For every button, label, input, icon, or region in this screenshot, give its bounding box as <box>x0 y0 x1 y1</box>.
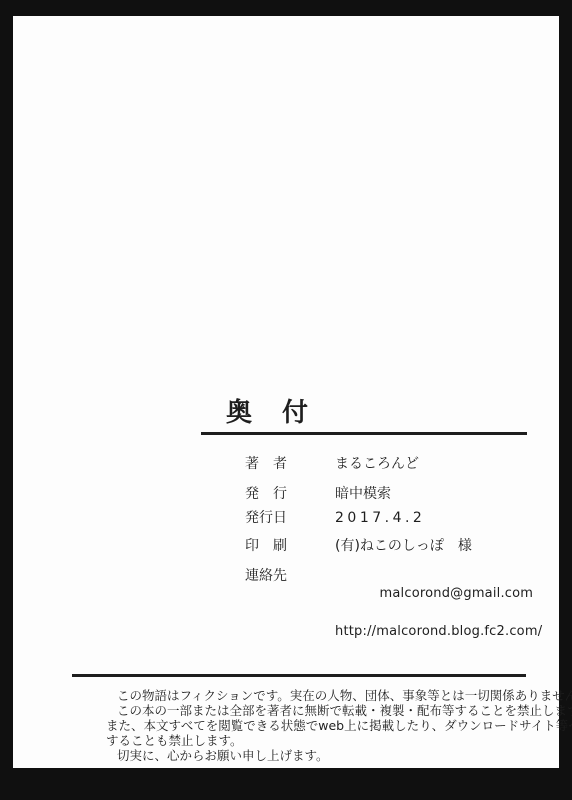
contact-url: http://malcorond.blog.fc2.com/ <box>335 623 542 640</box>
disclaimer-text: この物語はフィクションです。実在の人物、団体、事象等とは一切関係ありません。 こ… <box>106 688 538 763</box>
disclaimer-line: 切実に、心からお願い申し上げます。 <box>106 748 538 763</box>
author-label: 著 者 <box>245 456 335 473</box>
printer-value: (有)ねこのしっぽ 様 <box>335 538 472 555</box>
disclaimer-line: また、本文すべてを閲覧できる状態でweb上に掲載したり、ダウンロードサイト等へア… <box>106 718 538 733</box>
scan-frame: 奥 付 著 者 まるころんど 発 行 暗中模索 発行日 2017.4.2 印 刷… <box>0 0 572 800</box>
author-value: まるころんど <box>335 456 419 473</box>
contact-label: 連絡先 <box>245 568 335 585</box>
field-row-publisher: 発 行 暗中模索 <box>245 486 535 503</box>
colophon-page: 奥 付 著 者 まるころんど 発 行 暗中模索 発行日 2017.4.2 印 刷… <box>13 16 559 768</box>
publication-date-label: 発行日 <box>245 510 335 527</box>
disclaimer-line: この物語はフィクションです。実在の人物、団体、事象等とは一切関係ありません。 <box>106 688 538 703</box>
title-underline <box>201 432 527 435</box>
publication-date-value: 2017.4.2 <box>335 510 425 527</box>
publisher-value: 暗中模索 <box>335 486 391 503</box>
colophon-fields: 著 者 まるころんど 発 行 暗中模索 発行日 2017.4.2 印 刷 (有)… <box>245 456 535 674</box>
disclaimer-line: することも禁止します。 <box>106 733 538 748</box>
field-row-printer: 印 刷 (有)ねこのしっぽ 様 <box>245 538 535 555</box>
contact-value: malcorond@gmail.com http://malcorond.blo… <box>335 568 542 674</box>
field-row-publication-date: 発行日 2017.4.2 <box>245 510 535 527</box>
printer-label: 印 刷 <box>245 538 335 555</box>
contact-email: malcorond@gmail.com <box>380 586 534 601</box>
field-row-author: 著 者 まるころんど <box>245 456 535 473</box>
disclaimer-line: この本の一部または全部を著者に無断で転載・複製・配布等することを禁止します。 <box>106 703 538 718</box>
field-row-contact: 連絡先 malcorond@gmail.com http://malcorond… <box>245 568 535 674</box>
disclaimer-top-rule <box>72 674 526 677</box>
page-title: 奥 付 <box>226 392 310 429</box>
publisher-label: 発 行 <box>245 486 335 503</box>
